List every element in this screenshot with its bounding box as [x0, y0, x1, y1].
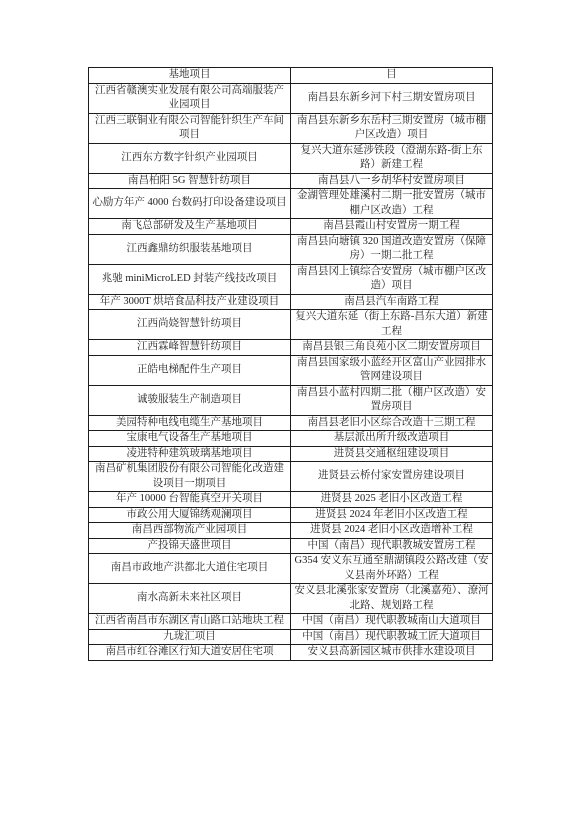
project-cell: 南昌县东新乡河下村三期安置房项目	[291, 83, 493, 113]
table-row: 凌进特种建筑玻璃基地项目进贤县交通枢纽建设项目	[89, 446, 493, 462]
project-cell: 南昌县冈上镇综合安置房（城市棚户区改造）项目	[291, 264, 493, 294]
base-project-cell: 南昌柏阳 5G 智慧针纺项目	[89, 173, 291, 189]
base-project-cell: 南昌市政地产洪都北大道住宅项目	[89, 554, 291, 584]
project-cell: 进贤县 2024 年老旧小区改造工程	[291, 507, 493, 523]
project-cell: 安义县高新园区城市供排水建设项目	[291, 645, 493, 661]
project-cell: 中国（南昌）现代职教城工匠大道项目	[291, 629, 493, 645]
table-row: 诚骏服装生产制造项目南昌县小蓝村四期二批（棚户区改造）安置房项目	[89, 385, 493, 415]
base-project-cell: 宝康电气设备生产基地项目	[89, 431, 291, 447]
project-cell: 进贤县 2025 老旧小区改造工程	[291, 492, 493, 508]
table-body: 江西省赣澳实业发展有限公司高端服装产业园项目南昌县东新乡河下村三期安置房项目江西…	[89, 83, 493, 660]
base-project-cell: 江西鑫鼎纺织服装基地项目	[89, 234, 291, 264]
project-cell: 南昌县东新乡东岳村三期安置房（城市棚户区改造）项目	[291, 113, 493, 143]
project-cell: 南昌县银三角良苑小区二期安置房项目	[291, 340, 493, 356]
project-cell: 中国（南昌）现代职教城南山大道项目	[291, 614, 493, 630]
header-cell-base-project: 基地项目	[89, 68, 291, 84]
project-cell: 中国（南昌）现代职教城安置房工程	[291, 538, 493, 554]
project-cell: 南昌县小蓝村四期二批（棚户区改造）安置房项目	[291, 385, 493, 415]
table-row: 江西省南昌市东湖区青山路口站地块工程中国（南昌）现代职教城南山大道项目	[89, 614, 493, 630]
project-cell: 复兴大道东延涉铁段（澄湖东路-街上东路）新建工程	[291, 143, 493, 173]
base-project-cell: 年产 10000 台智能真空开关项目	[89, 492, 291, 508]
base-project-cell: 正皓电梯配件生产项目	[89, 355, 291, 385]
base-project-cell: 心励方年产 4000 台数码打印设备建设项目	[89, 189, 291, 219]
base-project-cell: 南昌西部物流产业园项目	[89, 523, 291, 539]
table-row: 九珑汇项目中国（南昌）现代职教城工匠大道项目	[89, 629, 493, 645]
base-project-cell: 江西霖峰智慧针纺项目	[89, 340, 291, 356]
base-project-cell: 江西省南昌市东湖区青山路口站地块工程	[89, 614, 291, 630]
table-row: 南昌市政地产洪都北大道住宅项目G354 安义东互通至鼎湖镇段公路改建（安义县南外…	[89, 554, 493, 584]
base-project-cell: 南昌市红谷滩区行知大道安居住宅项	[89, 645, 291, 661]
table-row: 江西三联铜业有限公司智能针织生产车间项目南昌县东新乡东岳村三期安置房（城市棚户区…	[89, 113, 493, 143]
base-project-cell: 江西省赣澳实业发展有限公司高端服装产业园项目	[89, 83, 291, 113]
base-project-cell: 美园特种电线电缆生产基地项目	[89, 415, 291, 431]
table-row: 正皓电梯配件生产项目南昌县国家级小蓝经开区富山产业园排水管网建设项目	[89, 355, 493, 385]
project-cell: 南昌县向塘镇 320 国道改造安置房（保障房）一期二批工程	[291, 234, 493, 264]
table-row: 江西鑫鼎纺织服装基地项目南昌县向塘镇 320 国道改造安置房（保障房）一期二批工…	[89, 234, 493, 264]
table-row: 南飞总部研发及生产基地项目南昌县霞山村安置房一期工程	[89, 219, 493, 235]
table-row: 产投锦天盛世项目中国（南昌）现代职教城安置房工程	[89, 538, 493, 554]
project-cell: 南昌县八一乡胡华村安置房项目	[291, 173, 493, 189]
project-table: 基地项目 目 江西省赣澳实业发展有限公司高端服装产业园项目南昌县东新乡河下村三期…	[88, 67, 493, 661]
project-cell: 南昌县汽车南路工程	[291, 294, 493, 310]
project-cell: 基层派出所升级改造项目	[291, 431, 493, 447]
base-project-cell: 江西东方数字针织产业园项目	[89, 143, 291, 173]
table-row: 美园特种电线电缆生产基地项目南昌县老旧小区综合改造十三期工程	[89, 415, 493, 431]
table-row: 市政公用大厦锦绣观澜项目进贤县 2024 年老旧小区改造工程	[89, 507, 493, 523]
project-cell: 进贤县云桥付家安置房建设项目	[291, 462, 493, 492]
base-project-cell: 产投锦天盛世项目	[89, 538, 291, 554]
table-row: 南水高新未来社区项目安义县北溪张家安置房（北溪嘉苑）、潦河北路、规划路工程	[89, 584, 493, 614]
base-project-cell: 江西三联铜业有限公司智能针织生产车间项目	[89, 113, 291, 143]
table-header-row: 基地项目 目	[89, 68, 493, 84]
table-row: 年产 3000T 烘培食品科技产业建设项目南昌县汽车南路工程	[89, 294, 493, 310]
table-row: 兆驰 miniMicroLED 封装产线技改项目南昌县冈上镇综合安置房（城市棚户…	[89, 264, 493, 294]
base-project-cell: 凌进特种建筑玻璃基地项目	[89, 446, 291, 462]
project-cell: 南昌县国家级小蓝经开区富山产业园排水管网建设项目	[291, 355, 493, 385]
table-row: 江西省赣澳实业发展有限公司高端服装产业园项目南昌县东新乡河下村三期安置房项目	[89, 83, 493, 113]
header-cell-project: 目	[291, 68, 493, 84]
project-cell: G354 安义东互通至鼎湖镇段公路改建（安义县南外环路）工程	[291, 554, 493, 584]
table-row: 江西东方数字针织产业园项目复兴大道东延涉铁段（澄湖东路-街上东路）新建工程	[89, 143, 493, 173]
base-project-cell: 九珑汇项目	[89, 629, 291, 645]
document-page: 基地项目 目 江西省赣澳实业发展有限公司高端服装产业园项目南昌县东新乡河下村三期…	[0, 0, 578, 818]
project-cell: 南昌县老旧小区综合改造十三期工程	[291, 415, 493, 431]
project-cell: 安义县北溪张家安置房（北溪嘉苑）、潦河北路、规划路工程	[291, 584, 493, 614]
base-project-cell: 市政公用大厦锦绣观澜项目	[89, 507, 291, 523]
table-row: 宝康电气设备生产基地项目基层派出所升级改造项目	[89, 431, 493, 447]
project-cell: 进贤县 2024 老旧小区改造增补工程	[291, 523, 493, 539]
base-project-cell: 年产 3000T 烘培食品科技产业建设项目	[89, 294, 291, 310]
table-row: 南昌柏阳 5G 智慧针纺项目南昌县八一乡胡华村安置房项目	[89, 173, 493, 189]
project-cell: 南昌县霞山村安置房一期工程	[291, 219, 493, 235]
table-row: 心励方年产 4000 台数码打印设备建设项目金湖管理处雄溪村二期一批安置房（城市…	[89, 189, 493, 219]
table-row: 年产 10000 台智能真空开关项目进贤县 2025 老旧小区改造工程	[89, 492, 493, 508]
table-row: 南昌市红谷滩区行知大道安居住宅项安义县高新园区城市供排水建设项目	[89, 645, 493, 661]
base-project-cell: 诚骏服装生产制造项目	[89, 385, 291, 415]
table-row: 南昌矿机集团股份有限公司智能化改造建设项目一期项目进贤县云桥付家安置房建设项目	[89, 462, 493, 492]
base-project-cell: 南飞总部研发及生产基地项目	[89, 219, 291, 235]
table-row: 江西尚娆智慧针纺项目复兴大道东延（街上东路-昌东大道）新建工程	[89, 310, 493, 340]
table-row: 南昌西部物流产业园项目进贤县 2024 老旧小区改造增补工程	[89, 523, 493, 539]
base-project-cell: 南水高新未来社区项目	[89, 584, 291, 614]
table-row: 江西霖峰智慧针纺项目南昌县银三角良苑小区二期安置房项目	[89, 340, 493, 356]
base-project-cell: 兆驰 miniMicroLED 封装产线技改项目	[89, 264, 291, 294]
base-project-cell: 南昌矿机集团股份有限公司智能化改造建设项目一期项目	[89, 462, 291, 492]
project-cell: 金湖管理处雄溪村二期一批安置房（城市棚户区改造）工程	[291, 189, 493, 219]
project-cell: 进贤县交通枢纽建设项目	[291, 446, 493, 462]
project-cell: 复兴大道东延（街上东路-昌东大道）新建工程	[291, 310, 493, 340]
base-project-cell: 江西尚娆智慧针纺项目	[89, 310, 291, 340]
